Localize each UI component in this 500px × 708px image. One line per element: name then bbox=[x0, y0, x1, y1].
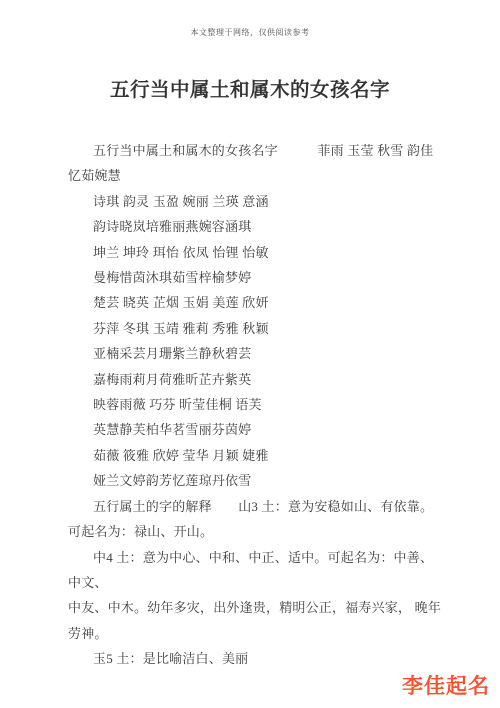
text-line: 映蓉雨薇 巧芬 昕莹佳桐 语芙 bbox=[68, 392, 442, 417]
text-line: 诗琪 韵灵 玉盈 婉丽 兰瑛 意涵 bbox=[68, 189, 442, 214]
text-line: 玉5 土：是比喻洁白、美丽 bbox=[68, 646, 442, 671]
text-line: 英慧静芙柏华茗雪丽芬茵婷 bbox=[68, 417, 442, 442]
text-line: 曼梅惜茵沐琪茹雪梓榆梦婷 bbox=[68, 265, 442, 290]
document-disclaimer: 本文整理于网络，仅供阅读参考 bbox=[0, 0, 500, 38]
text-line: 芬萍 冬琪 玉靖 雅莉 秀雅 秋颖 bbox=[68, 316, 442, 341]
text-line: 楚芸 晓英 芷烟 玉娟 美莲 欣妍 bbox=[68, 290, 442, 315]
text-line: 中4 土：意为中心、中和、中正、适中。可起名为：中善、 中文、 bbox=[68, 545, 442, 596]
text-line: 中友、中木。幼年多灾，出外逢贵，精明公正，福寿兴家， 晚年劳神。 bbox=[68, 595, 442, 646]
text-line: 亚楠采芸月珊紫兰静秋碧芸 bbox=[68, 341, 442, 366]
text-line: 五行属土的字的解释 山3 土：意为安稳如山、有依靠。 bbox=[68, 494, 442, 519]
text-line: 五行当中属土和属木的女孩名字 菲雨 玉莹 秋雪 韵佳 bbox=[68, 138, 442, 163]
text-line: 茹薇 筱雅 欣婷 莹华 月颖 婕雅 bbox=[68, 443, 442, 468]
text-line: 嘉梅雨莉月荷雅昕芷卉紫英 bbox=[68, 367, 442, 392]
text-line: 韵诗晓岚培雅丽燕婉容涵琪 bbox=[68, 214, 442, 239]
text-line: 忆茹婉慧 bbox=[68, 163, 442, 188]
text-line: 娅兰文婷韵芳忆莲琼丹依雪 bbox=[68, 468, 442, 493]
brand-watermark: 李佳起名 bbox=[402, 670, 490, 700]
text-line: 坤兰 坤玲 珥怡 依凤 怡锂 怡敏 bbox=[68, 240, 442, 265]
text-line: 可起名为：禄山、开山。 bbox=[68, 519, 442, 544]
document-body: 五行当中属土和属木的女孩名字 菲雨 玉莹 秋雪 韵佳忆茹婉慧诗琪 韵灵 玉盈 婉… bbox=[0, 138, 500, 672]
document-page: 本文整理于网络，仅供阅读参考 五行当中属土和属木的女孩名字 五行当中属土和属木的… bbox=[0, 0, 500, 708]
page-title: 五行当中属土和属木的女孩名字 bbox=[0, 74, 500, 102]
